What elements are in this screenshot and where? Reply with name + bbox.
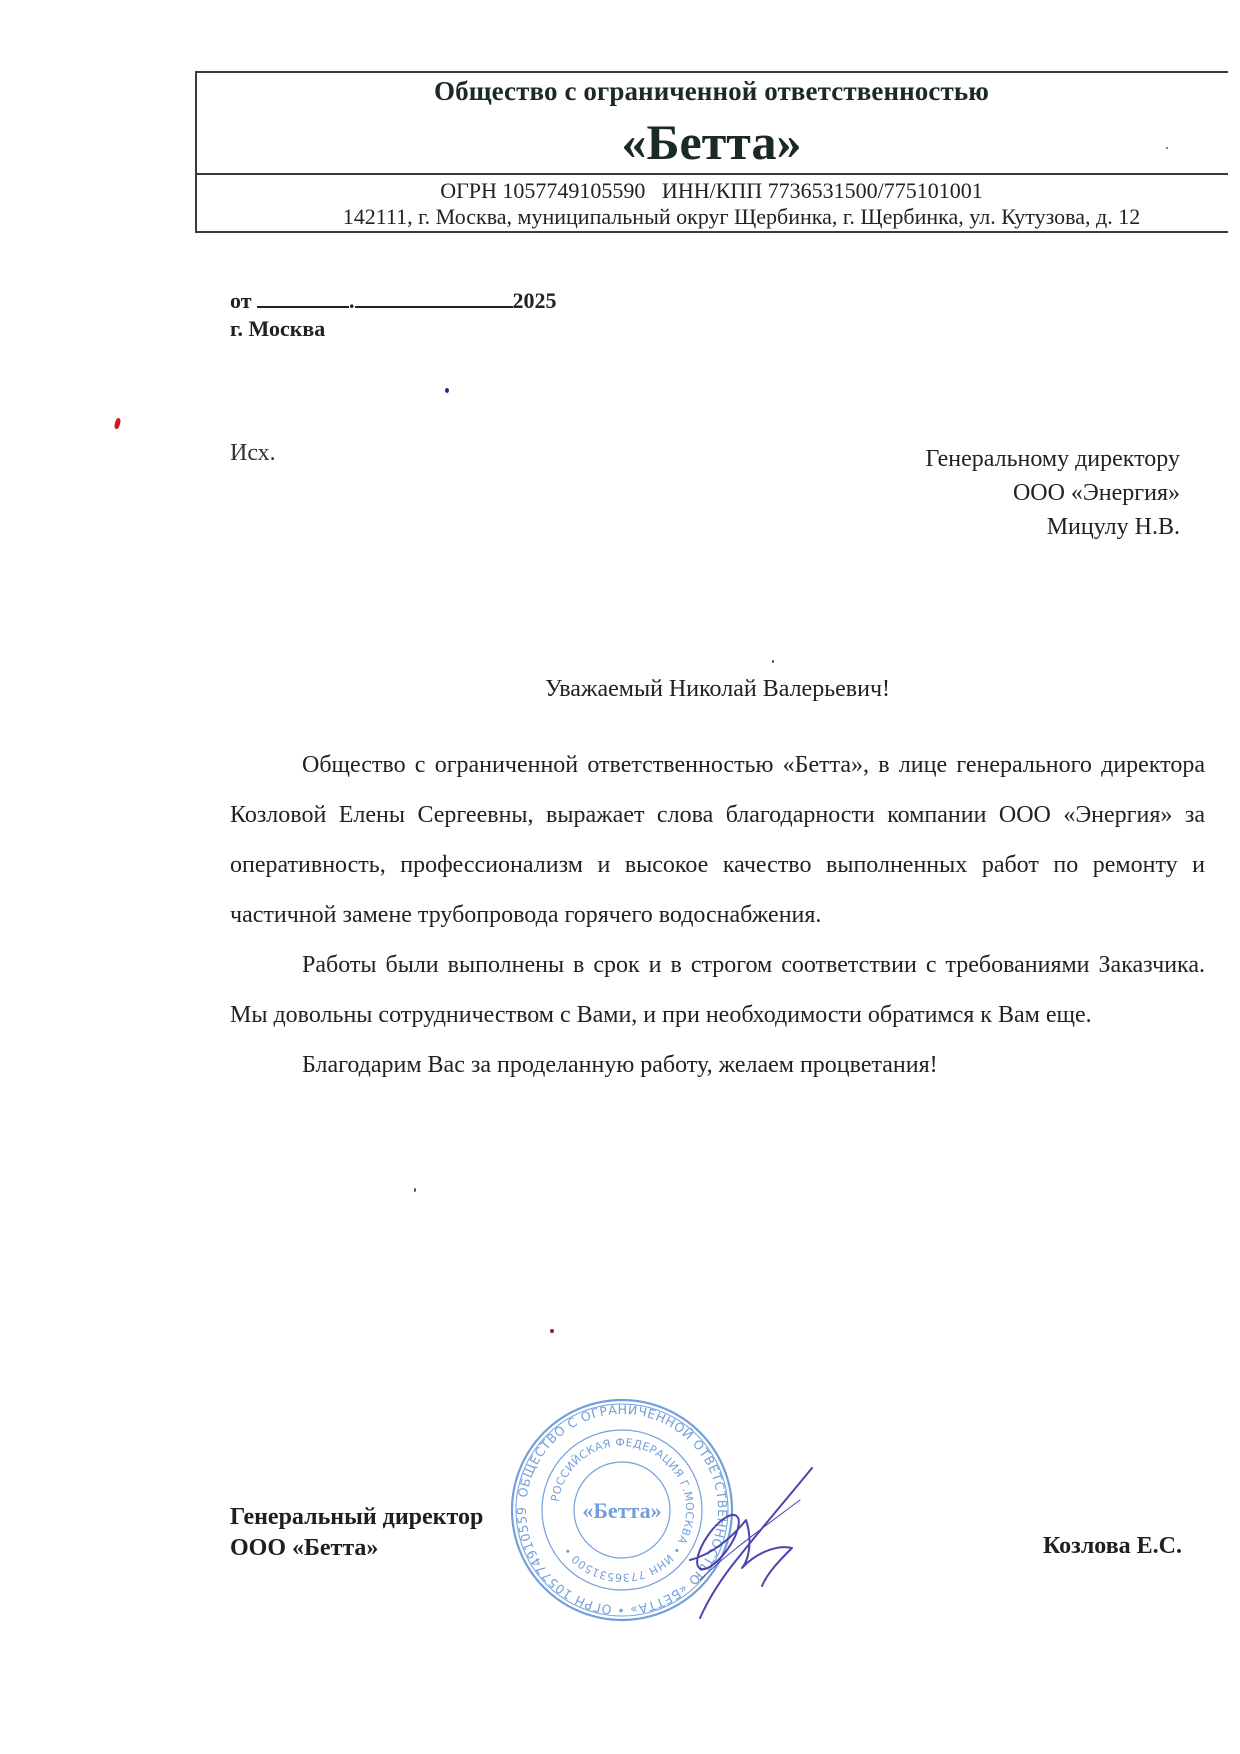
recipient-block: Генеральному директору ООО «Энергия» Миц…	[926, 442, 1180, 544]
letterhead-top-rule	[195, 71, 1228, 73]
date-prefix: от	[230, 288, 257, 313]
scan-speck	[550, 1329, 554, 1333]
letter-body: Общество с ограниченной ответственностью…	[230, 740, 1205, 1090]
body-paragraph: Благодарим Вас за проделанную работу, же…	[230, 1040, 1205, 1090]
body-paragraph: Работы были выполнены в срок и в строгом…	[230, 940, 1205, 1040]
recipient-company: ООО «Энергия»	[926, 476, 1180, 510]
scan-speck	[114, 418, 122, 430]
city: г. Москва	[230, 316, 325, 342]
scan-speck	[1166, 147, 1168, 149]
letterhead-registration: ОГРН 1057749105590 ИНН/КПП 7736531500/77…	[195, 178, 1228, 204]
date-day-blank	[257, 288, 349, 308]
signer-company: ООО «Бетта»	[230, 1533, 483, 1564]
date-line: от .2025	[230, 288, 557, 314]
date-year: 2025	[513, 288, 557, 313]
handwritten-signature-icon	[680, 1460, 830, 1620]
signer-position: Генеральный директор	[230, 1502, 483, 1533]
letterhead-middle-rule	[195, 173, 1228, 175]
recipient-name: Мицулу Н.В.	[926, 510, 1180, 544]
letterhead-legal-form: Общество с ограниченной ответственностью	[195, 76, 1228, 107]
signer-title: Генеральный директор ООО «Бетта»	[230, 1502, 483, 1564]
letterhead-address: 142111, г. Москва, муниципальный округ Щ…	[195, 204, 1228, 230]
body-paragraph: Общество с ограниченной ответственностью…	[230, 740, 1205, 940]
scan-speck	[414, 1188, 416, 1192]
stamp-center-text: «Бетта»	[582, 1498, 661, 1523]
recipient-position: Генеральному директору	[926, 442, 1180, 476]
greeting: Уважаемый Николай Валерьевич!	[230, 676, 1205, 703]
scan-speck	[772, 660, 774, 663]
letterhead-bottom-rule	[195, 231, 1228, 233]
scan-speck	[445, 388, 449, 393]
letterhead-company-name: «Бетта»	[195, 113, 1228, 171]
date-month-blank	[355, 288, 513, 308]
signer-name: Козлова Е.С.	[1043, 1533, 1182, 1560]
outgoing-number-label: Исх.	[230, 440, 276, 467]
